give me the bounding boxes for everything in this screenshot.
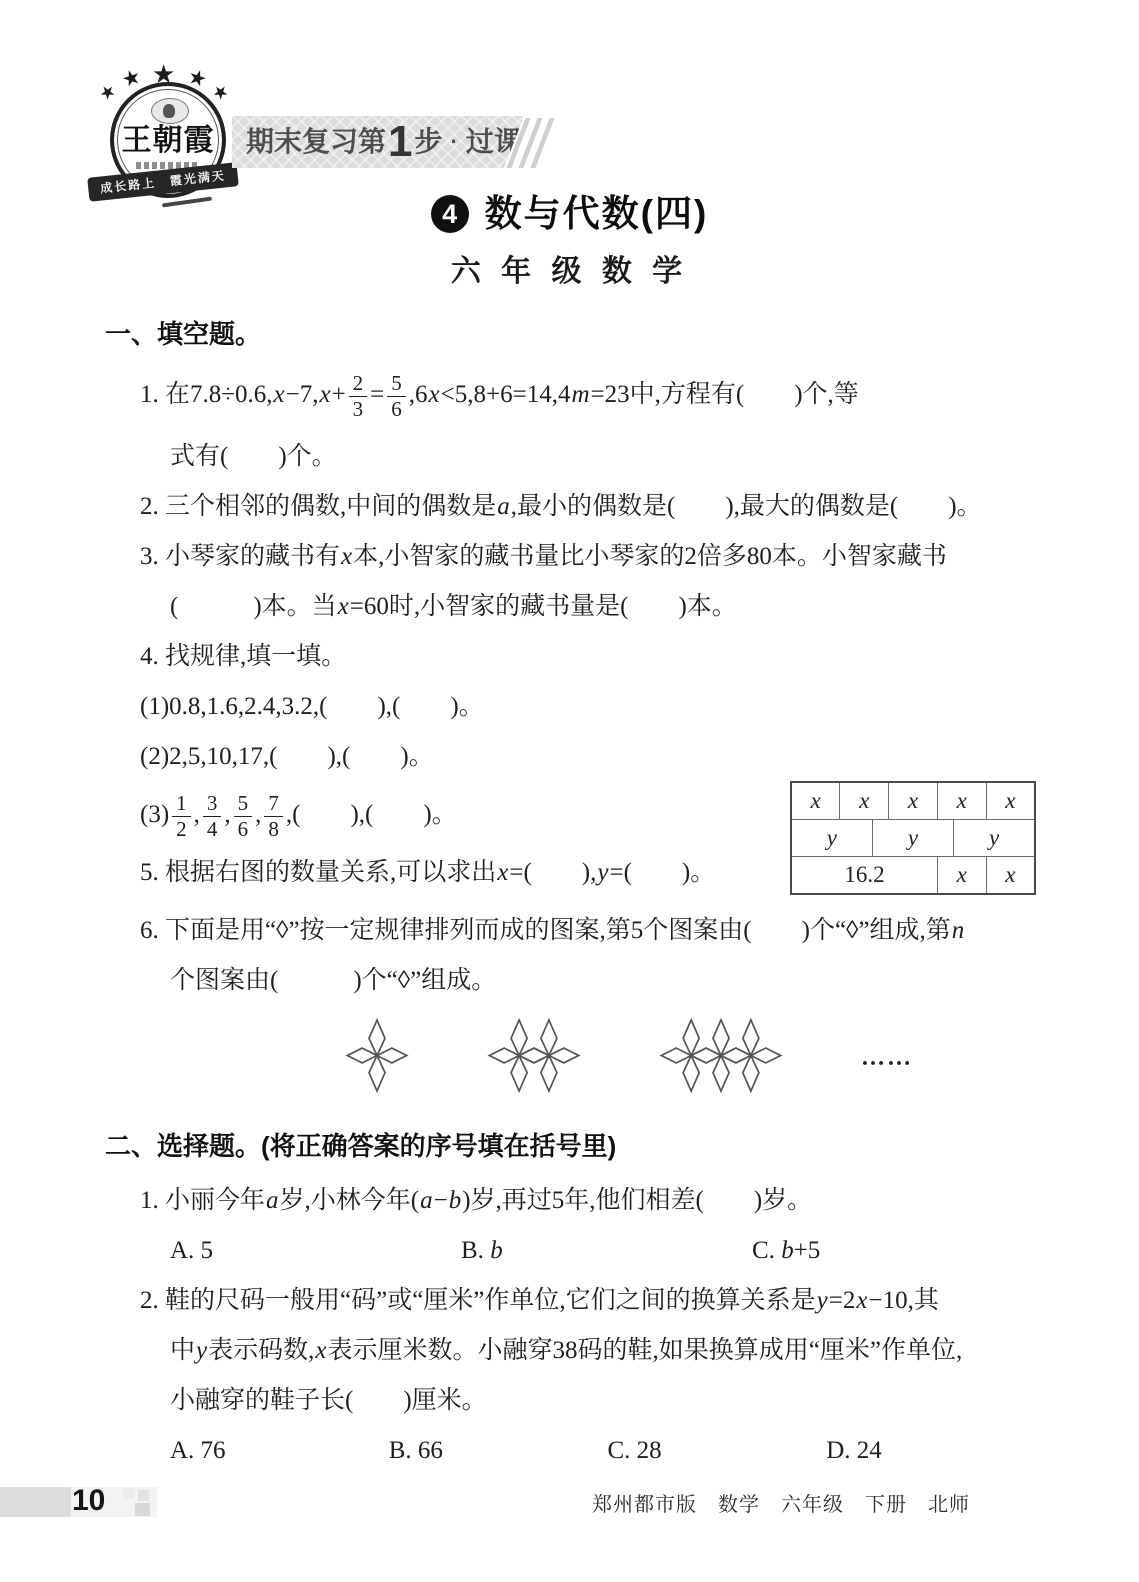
question-3-line1: 3. 小琴家的藏书有x本,小智家的藏书量比小琴家的2倍多80本。小智家藏书 bbox=[140, 532, 1045, 582]
ellipsis-dots: …… bbox=[861, 1046, 913, 1070]
option-c: C. b+5 bbox=[752, 1226, 1043, 1276]
option-c: C. 28 bbox=[608, 1426, 827, 1476]
banner-separator: · bbox=[443, 116, 466, 168]
footer-bar-decor bbox=[0, 1487, 71, 1517]
question-3-line2: ( )本。当x=60时,小智家的藏书量是( )本。 bbox=[170, 582, 1045, 632]
option-a: A. 5 bbox=[170, 1226, 461, 1276]
diamond-flower-svg bbox=[659, 1013, 783, 1098]
unit-number-badge: 4 bbox=[431, 195, 469, 233]
table-cell-y: y bbox=[872, 820, 953, 857]
page-title-row: 4 数与代数(四) bbox=[0, 192, 1139, 236]
header-banner: 期末复习第1步·过课本 bbox=[232, 116, 524, 168]
table-cell-x: x bbox=[937, 857, 986, 895]
question-1-line2: 式有( )个。 bbox=[170, 432, 1045, 482]
diamond-figure-2 bbox=[487, 1013, 581, 1103]
diamond-pattern-figures: …… bbox=[345, 1014, 1045, 1102]
footer-edition-text: 郑州都市版 数学 六年级 下册 北师 bbox=[592, 1493, 970, 1517]
table-row: x x x x x bbox=[791, 782, 1035, 820]
question-6-line2: 个图案由( )个“◊”组成。 bbox=[170, 956, 1045, 1006]
option-b: B. b bbox=[461, 1226, 752, 1276]
choice-1-options: A. 5 B. b C. b+5 bbox=[170, 1226, 1045, 1276]
diamond-flower-svg bbox=[345, 1013, 409, 1098]
portrait-icon bbox=[151, 98, 189, 124]
page-subtitle: 六 年 级 数 学 bbox=[0, 252, 1139, 292]
table-cell-x: x bbox=[889, 782, 938, 820]
table-cell-x: x bbox=[937, 782, 986, 820]
choice-2-line2: 中y表示码数,x表示厘米数。小融穿38码的鞋,如果换算成用“厘米”作单位, bbox=[170, 1326, 1045, 1376]
choice-2-line3: 小融穿的鞋子长( )厘米。 bbox=[170, 1376, 1045, 1426]
footer-square-decor bbox=[123, 1488, 134, 1499]
table-cell-total: 16.2 bbox=[791, 857, 937, 895]
table-row: 16.2 x x bbox=[791, 857, 1035, 895]
diamond-figure-3 bbox=[659, 1013, 783, 1103]
diamond-flower-svg bbox=[487, 1013, 581, 1098]
footer-square-decor bbox=[135, 1503, 150, 1516]
question-4-sub1: (1)0.8,1.6,2.4,3.2,( ),( )。 bbox=[140, 682, 1045, 732]
page-number: 10 bbox=[72, 1483, 105, 1519]
brand-name: 王朝霞 bbox=[114, 124, 222, 158]
choice-1: 1. 小丽今年a岁,小林今年(a−b)岁,再过5年,他们相差( )岁。 bbox=[140, 1176, 1045, 1226]
table-cell-x: x bbox=[840, 782, 889, 820]
worksheet-page: ★ ★ ★ ★ ★ 王朝霞 成长路上 霞光满天 期末复习第1步·过课本 4 数与… bbox=[0, 0, 1139, 1582]
table-cell-x: x bbox=[986, 857, 1035, 895]
option-b: B. 66 bbox=[389, 1426, 608, 1476]
star-icon: ★ bbox=[119, 66, 143, 92]
bar-model-table: x x x x x y y y 16.2 x x bbox=[790, 781, 1036, 895]
banner-text: 期末复习第 bbox=[246, 116, 386, 168]
question-1-line1: 1. 在7.8÷0.6,x−7,x+23=56,6x<5,8+6=14,4m=2… bbox=[140, 358, 1045, 432]
option-d: D. 24 bbox=[826, 1426, 1045, 1476]
star-icon: ★ bbox=[96, 81, 120, 105]
section2-heading: 二、选择题。(将正确答案的序号填在括号里) bbox=[105, 1126, 1045, 1166]
table-cell-y: y bbox=[954, 820, 1035, 857]
table-cell-x: x bbox=[791, 782, 840, 820]
diamond-figure-1 bbox=[345, 1013, 409, 1103]
choice-2-line1: 2. 鞋的尺码一般用“码”或“厘米”作单位,它们之间的换算关系是y=2x−10,… bbox=[140, 1276, 1045, 1326]
footer-square-decor bbox=[138, 1490, 149, 1501]
table-cell-y: y bbox=[791, 820, 872, 857]
question-2: 2. 三个相邻的偶数,中间的偶数是a,最小的偶数是( ),最大的偶数是( )。 bbox=[140, 482, 1045, 532]
page-title: 数与代数(四) bbox=[485, 192, 709, 236]
question-4-sub2: (2)2,5,10,17,( ),( )。 bbox=[140, 732, 1045, 782]
table-row: y y y bbox=[791, 820, 1035, 857]
banner-text: 步 bbox=[415, 116, 443, 168]
banner-step-number: 1 bbox=[386, 116, 414, 168]
choice-2-options: A. 76 B. 66 C. 28 D. 24 bbox=[170, 1426, 1045, 1476]
option-a: A. 76 bbox=[170, 1426, 389, 1476]
question-6-line1: 6. 下面是用“◊”按一定规律排列而成的图案,第5个图案由( )个“◊”组成,第… bbox=[140, 906, 1045, 956]
section1-heading: 一、填空题。 bbox=[105, 314, 1045, 354]
table-cell-x: x bbox=[986, 782, 1035, 820]
brand-logo: ★ ★ ★ ★ ★ 王朝霞 成长路上 霞光满天 bbox=[96, 66, 238, 208]
question-4: 4. 找规律,填一填。 bbox=[140, 632, 1045, 682]
